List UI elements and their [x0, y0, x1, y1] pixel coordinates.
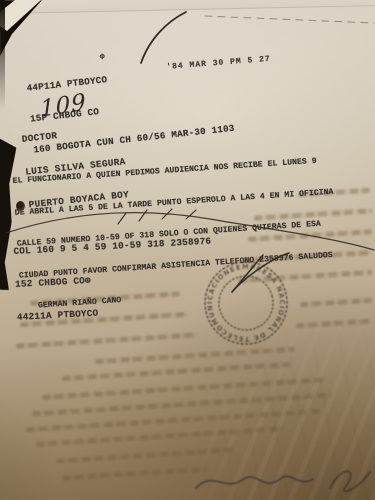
telegram-photo: 44P11A PTBOYCO 15P CHBOG CO 160 BOGOTA C…	[0, 0, 375, 500]
signature-scribble	[196, 471, 370, 491]
pen-marks-overlay	[0, 0, 375, 500]
pen-arc-divider	[6, 213, 374, 250]
arc-tick	[139, 210, 147, 221]
signature-flourish	[330, 471, 370, 491]
arc-tick	[186, 210, 196, 219]
pen-curve-top	[141, 12, 186, 63]
signature-stroke	[196, 476, 313, 488]
arc-tick	[118, 213, 126, 224]
crease-line-top-right	[205, 16, 374, 23]
